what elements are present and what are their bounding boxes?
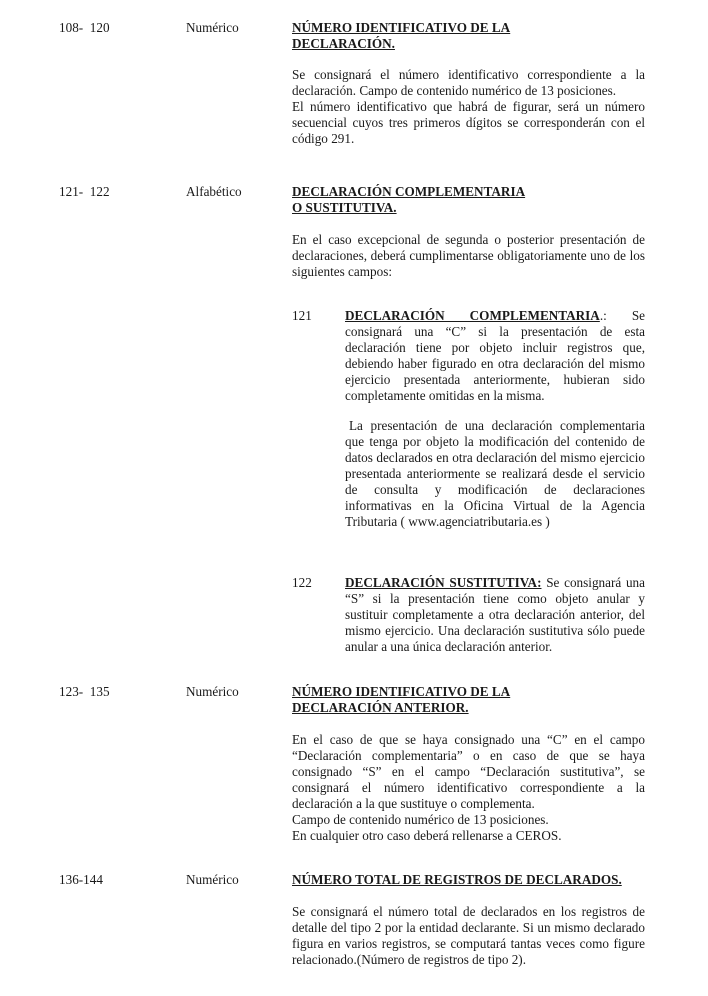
field-position: 136-144: [59, 872, 103, 888]
field-position: 121- 122: [59, 184, 110, 200]
subfield-number: 121: [292, 308, 312, 324]
subfield-title: DECLARACIÓN SUSTITUTIVA:: [345, 575, 541, 590]
field-heading: NÚMERO IDENTIFICATIVO DE LA DECLARACIÓN.: [292, 20, 510, 52]
field-heading: DECLARACIÓN COMPLEMENTARIA O SUSTITUTIVA…: [292, 184, 525, 216]
paragraph: Se consignará el número total de declara…: [292, 904, 645, 968]
subfield-extra: La presentación de una declaración compl…: [345, 418, 645, 530]
subfield-title-suffix: .:: [600, 308, 607, 323]
field-description: En el caso de que se haya consignado una…: [292, 732, 645, 844]
heading-line: DECLARACIÓN ANTERIOR.: [292, 700, 510, 716]
subfield-number: 122: [292, 575, 312, 591]
heading-line: NÚMERO TOTAL DE REGISTROS DE DECLARADOS.: [292, 872, 622, 888]
paragraph: Campo de contenido numérico de 13 posici…: [292, 812, 645, 828]
field-description: Se consignará el número total de declara…: [292, 904, 645, 968]
field-type: Numérico: [186, 684, 239, 700]
subfield-title: DECLARACIÓN COMPLEMENTARIA: [345, 308, 600, 323]
paragraph: En el caso excepcional de segunda o post…: [292, 232, 645, 280]
heading-line: NÚMERO IDENTIFICATIVO DE LA: [292, 684, 510, 700]
paragraph: El número identificativo que habrá de fi…: [292, 99, 645, 147]
paragraph: En el caso de que se haya consignado una…: [292, 732, 645, 812]
field-description: En el caso excepcional de segunda o post…: [292, 232, 645, 280]
heading-line: DECLARACIÓN COMPLEMENTARIA: [292, 184, 525, 200]
heading-line: O SUSTITUTIVA.: [292, 200, 525, 216]
field-description: Se consignará el número identificativo c…: [292, 67, 645, 147]
field-heading: NÚMERO TOTAL DE REGISTROS DE DECLARADOS.: [292, 872, 622, 888]
field-position: 108- 120: [59, 20, 110, 36]
subfield-description: DECLARACIÓN SUSTITUTIVA: Se consignará u…: [345, 575, 645, 655]
paragraph: Se consignará el número identificativo c…: [292, 67, 645, 99]
heading-line: NÚMERO IDENTIFICATIVO DE LA: [292, 20, 510, 36]
field-type: Numérico: [186, 20, 239, 36]
subfield-description: DECLARACIÓN COMPLEMENTARIA.: Se consigna…: [345, 308, 645, 404]
field-type: Numérico: [186, 872, 239, 888]
paragraph: En cualquier otro caso deberá rellenarse…: [292, 828, 645, 844]
heading-line: DECLARACIÓN.: [292, 36, 510, 52]
field-position: 123- 135: [59, 684, 110, 700]
field-type: Alfabético: [186, 184, 242, 200]
field-heading: NÚMERO IDENTIFICATIVO DE LA DECLARACIÓN …: [292, 684, 510, 716]
